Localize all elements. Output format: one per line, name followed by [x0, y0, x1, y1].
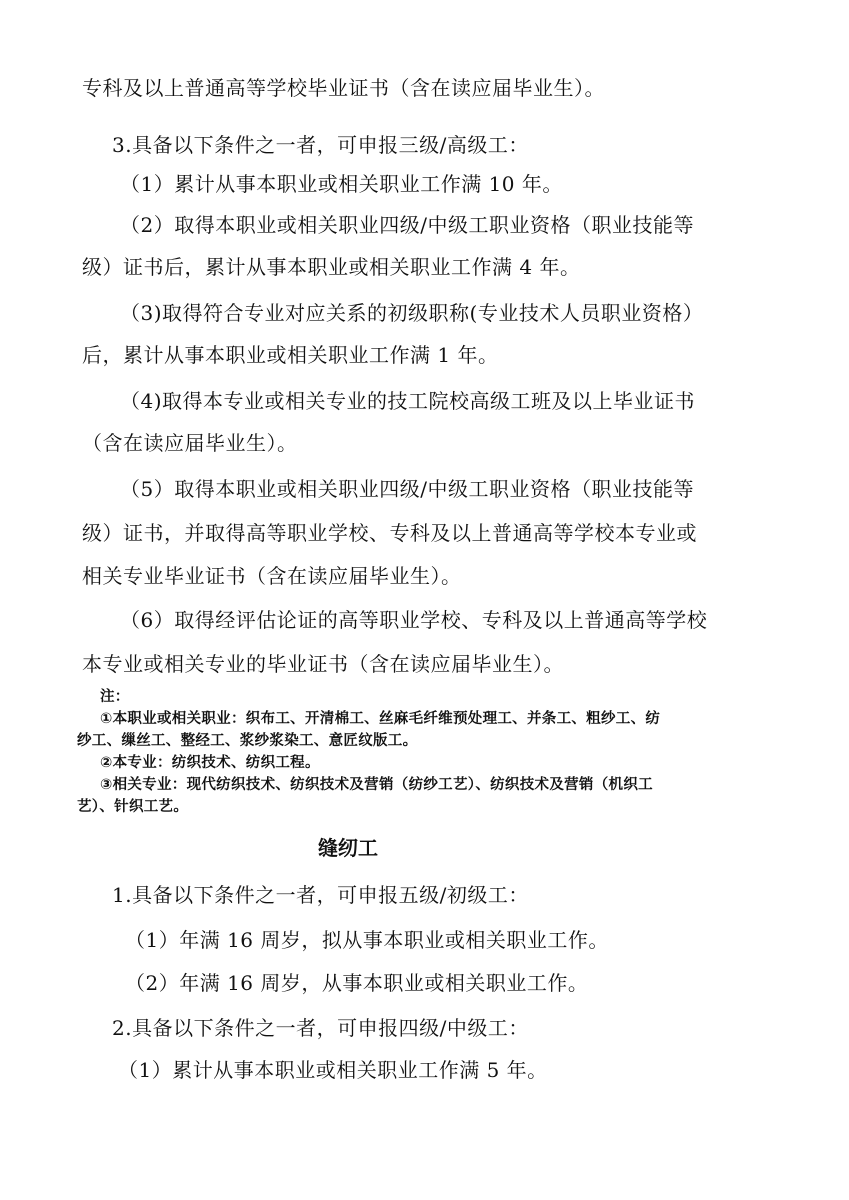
paragraph-line: （1）累计从事本职业或相关职业工作满 5 年。 [118, 1057, 548, 1083]
note-line: 纱工、缫丝工、整经工、浆纱浆染工、意匠纹版工。 [77, 731, 417, 751]
paragraph-heading: 1.具备以下条件之一者，可申报五级/初级工： [112, 882, 529, 908]
note-line: ③相关专业：现代纺织技术、纺织技术及营销（纺纱工艺）、纺织技术及营销（机织工 [100, 775, 653, 795]
paragraph-line: （4)取得本专业或相关专业的技工院校高级工班及以上毕业证书 [120, 388, 695, 414]
paragraph-line: （含在读应届毕业生）。 [82, 430, 298, 456]
paragraph-line: 相关专业毕业证书（含在读应届毕业生）。 [82, 563, 462, 589]
note-line: ①本职业或相关职业：织布工、开清棉工、丝麻毛纤维预处理工、并条工、粗纱工、纺 [100, 709, 660, 729]
paragraph-line: 专科及以上普通高等学校毕业证书（含在读应届毕业生）。 [82, 75, 605, 101]
paragraph-line: 级）证书后，累计从事本职业或相关职业工作满 4 年。 [82, 254, 580, 280]
paragraph-line: 本专业或相关专业的毕业证书（含在读应届毕业生）。 [82, 651, 564, 677]
paragraph-line: （3)取得符合专业对应关系的初级职称(专业技术人员职业资格） [120, 300, 703, 326]
paragraph-heading: 2.具备以下条件之一者，可申报四级/中级工： [112, 1015, 529, 1041]
paragraph-heading: 3.具备以下条件之一者，可申报三级/高级工： [112, 132, 529, 158]
section-title: 缝纫工 [318, 835, 378, 861]
paragraph-line: （2）年满 16 周岁，从事本职业或相关职业工作。 [125, 970, 588, 996]
paragraph-line: 级）证书，并取得高等职业学校、专科及以上普通高等学校本专业或 [82, 520, 697, 546]
paragraph-line: （1）累计从事本职业或相关职业工作满 10 年。 [120, 171, 563, 197]
paragraph-line: 后，累计从事本职业或相关职业工作满 1 年。 [82, 342, 498, 368]
paragraph-line: （6）取得经评估论证的高等职业学校、专科及以上普通高等学校 [120, 607, 707, 633]
note-line: 艺）、针织工艺。 [77, 797, 188, 817]
paragraph-line: （1）年满 16 周岁，拟从事本职业或相关职业工作。 [125, 927, 609, 953]
note-label: 注： [100, 687, 130, 707]
paragraph-line: （5）取得本职业或相关职业四级/中级工职业资格（职业技能等 [120, 476, 694, 502]
paragraph-line: （2）取得本职业或相关职业四级/中级工职业资格（职业技能等 [120, 212, 694, 238]
note-line: ②本专业：纺织技术、纺织工程。 [100, 753, 320, 773]
